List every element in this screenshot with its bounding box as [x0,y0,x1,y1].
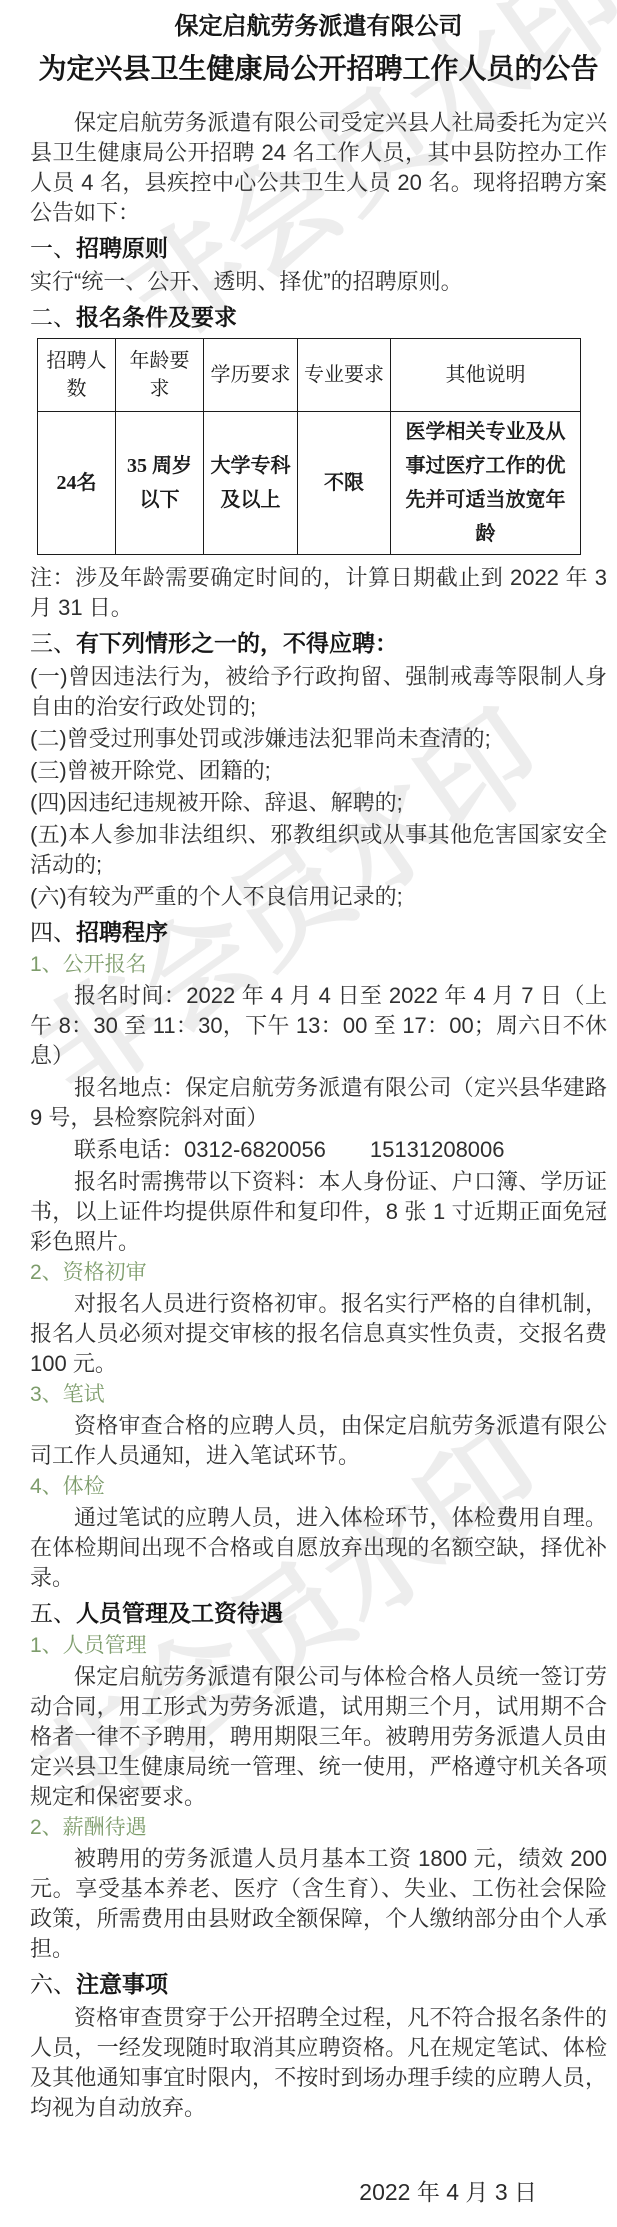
registration-time-paragraph: 报名时间：2022 年 4 月 4 日至 2022 年 4 月 7 日（上午 8… [30,981,607,1071]
subheading-salary: 2、薪酬待遇 [30,1814,607,1842]
list-item-5: (五)本人参加非法组织、邪教组织或从事其他危害国家安全活动的; [30,820,607,880]
table-cell-education: 大学专科及以上 [204,412,298,555]
subheading-written-test: 3、笔试 [30,1381,607,1409]
table-data-row: 24名 35 周岁以下 大学专科及以上 不限 医学相关专业及从事过医疗工作的优先… [38,412,581,555]
section-number: 二、 [30,304,76,330]
section-title: 有下列情形之一的，不得应聘： [76,630,398,656]
subheading-personnel-management: 1、人员管理 [30,1632,607,1660]
table-cell-other: 医学相关专业及从事过医疗工作的优先并可适当放宽年龄 [391,412,581,555]
table-note: 注：涉及年龄需要确定时间的，计算日期截止到 2022 年 3 月 31 日。 [30,563,607,623]
contact-phone-paragraph: 联系电话：0312-6820056 15131208006 [30,1135,607,1165]
section-heading-5: 五、人员管理及工资待遇 [30,1597,607,1630]
requirements-table: 招聘人数 年龄要求 学历要求 专业要求 其他说明 24名 35 周岁以下 大学专… [37,338,581,555]
subheading-physical-exam: 4、体检 [30,1473,607,1501]
section-title: 注意事项 [76,1971,168,1997]
list-item-4: (四)因违纪违规被开除、辞退、解聘的; [30,788,607,818]
intro-paragraph: 保定启航劳务派遣有限公司受定兴县人社局委托为定兴县卫生健康局公开招聘 24 名工… [30,108,607,228]
table-header-cell: 招聘人数 [38,339,116,412]
physical-exam-paragraph: 通过笔试的应聘人员，进入体检环节，体检费用自理。在体检期间出现不合格或自愿放弃出… [30,1503,607,1593]
section-1-body: 实行“统一、公开、透明、择优”的招聘原则。 [30,267,607,297]
section-title: 招聘程序 [76,919,168,945]
registration-place-paragraph: 报名地点：保定启航劳务派遣有限公司（定兴县华建路 9 号，县检察院斜对面） [30,1073,607,1133]
list-item-1: (一)曾因违法行为，被给予行政拘留、强制戒毒等限制人身自由的治安行政处罚的; [30,662,607,722]
table-cell-count: 24名 [38,412,116,555]
document-content: 保定启航劳务派遣有限公司 为定兴县卫生健康局公开招聘工作人员的公告 保定启航劳务… [30,8,607,2207]
announcement-page: 非会员水印 非会员水印 非会员水印 保定启航劳务派遣有限公司 为定兴县卫生健康局… [0,0,617,2227]
main-title: 保定启航劳务派遣有限公司 [30,8,607,46]
section-title: 人员管理及工资待遇 [76,1600,283,1626]
qualification-review-paragraph: 对报名人员进行资格初审。报名实行严格的自律机制，报名人员必须对提交审核的报名信息… [30,1289,607,1379]
section-heading-6: 六、注意事项 [30,1968,607,2001]
section-number: 四、 [30,919,76,945]
subheading-qualification-review: 2、资格初审 [30,1259,607,1287]
section-heading-1: 一、招聘原则 [30,232,607,265]
section-heading-2: 二、报名条件及要求 [30,301,607,334]
section-number: 一、 [30,235,76,261]
personnel-management-paragraph: 保定启航劳务派遣有限公司与体检合格人员统一签订劳动合同，用工形式为劳务派遣，试用… [30,1662,607,1812]
section-heading-4: 四、招聘程序 [30,916,607,949]
announcement-date: 2022 年 4 月 3 日 [30,2177,537,2207]
list-item-6: (六)有较为严重的个人不良信用记录的; [30,882,607,912]
written-test-paragraph: 资格审查合格的应聘人员，由保定启航劳务派遣有限公司工作人员通知，进入笔试环节。 [30,1411,607,1471]
section-heading-3: 三、有下列情形之一的，不得应聘： [30,627,607,660]
section-title: 报名条件及要求 [76,304,237,330]
subheading-open-registration: 1、公开报名 [30,951,607,979]
table-header-cell: 年龄要求 [116,339,204,412]
table-header-cell: 专业要求 [298,339,391,412]
table-cell-major: 不限 [298,412,391,555]
section-title: 招聘原则 [76,235,168,261]
table-header-row: 招聘人数 年龄要求 学历要求 专业要求 其他说明 [38,339,581,412]
section-number: 三、 [30,630,76,656]
notes-paragraph: 资格审查贯穿于公开招聘全过程，凡不符合报名条件的人员，一经发现随时取消其应聘资格… [30,2003,607,2123]
list-item-2: (二)曾受过刑事处罚或涉嫌违法犯罪尚未查清的; [30,724,607,754]
table-header-cell: 其他说明 [391,339,581,412]
section-number: 六、 [30,1971,76,1997]
salary-paragraph: 被聘用的劳务派遣人员月基本工资 1800 元，绩效 200 元。享受基本养老、医… [30,1844,607,1964]
list-item-3: (三)曾被开除党、团籍的; [30,756,607,786]
section-number: 五、 [30,1600,76,1626]
table-header-cell: 学历要求 [204,339,298,412]
table-cell-age: 35 周岁以下 [116,412,204,555]
required-documents-paragraph: 报名时需携带以下资料：本人身份证、户口簿、学历证书，以上证件均提供原件和复印件，… [30,1167,607,1257]
sub-title: 为定兴县卫生健康局公开招聘工作人员的公告 [30,46,607,92]
